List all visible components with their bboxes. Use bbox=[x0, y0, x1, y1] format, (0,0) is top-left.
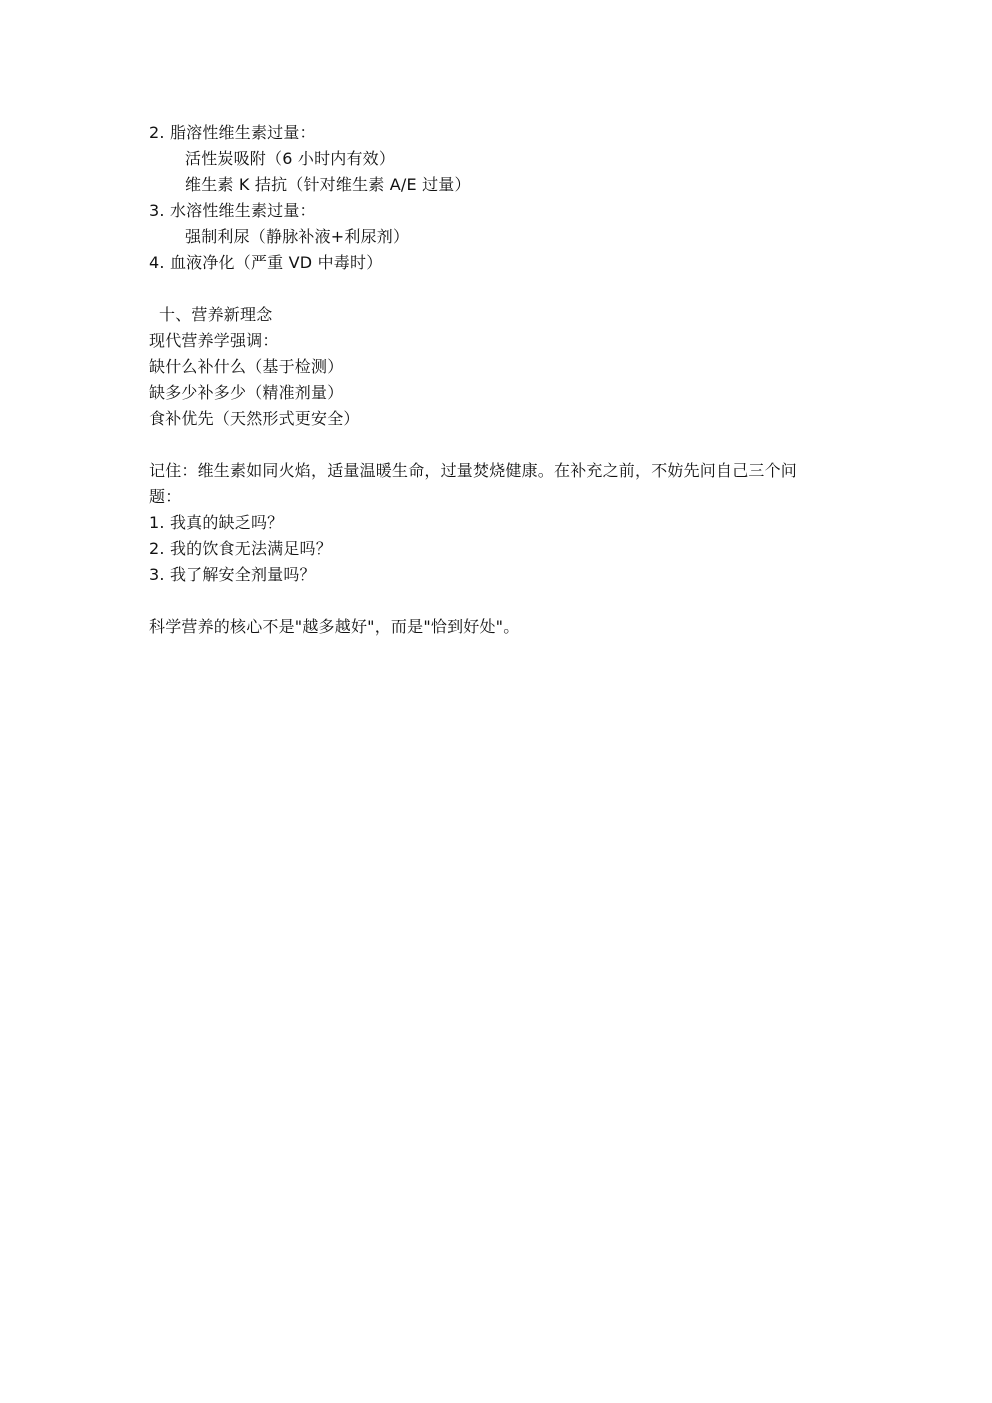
reminder-paragraph-cont: 题： bbox=[149, 484, 181, 510]
section-intro: 现代营养学强调： bbox=[149, 328, 279, 354]
reminder-paragraph: 记住：维生素如同火焰，适量温暖生命，过量焚烧健康。在补充之前，不妨先问自己三个问 bbox=[149, 458, 797, 484]
list-item-blood-purification: 4. 血液净化（严重 VD 中毒时） bbox=[149, 250, 382, 276]
document-page: 2. 脂溶性维生素过量： 活性炭吸附（6 小时内有效） 维生素 K 拮抗（针对维… bbox=[0, 0, 992, 1403]
question-item: 1. 我真的缺乏吗？ bbox=[149, 510, 283, 536]
principle-item: 食补优先（天然形式更安全） bbox=[149, 406, 360, 432]
list-item-fat-soluble: 2. 脂溶性维生素过量： bbox=[149, 120, 316, 146]
sub-item-forced-diuresis: 强制利尿（静脉补液+利尿剂） bbox=[185, 224, 409, 250]
question-item: 2. 我的饮食无法满足吗？ bbox=[149, 536, 332, 562]
question-item: 3. 我了解安全剂量吗？ bbox=[149, 562, 316, 588]
sub-item-vitamin-k: 维生素 K 拮抗（针对维生素 A/E 过量） bbox=[185, 172, 471, 198]
section-title: 十、营养新理念 bbox=[159, 302, 272, 328]
principle-item: 缺多少补多少（精准剂量） bbox=[149, 380, 343, 406]
conclusion-text: 科学营养的核心不是"越多越好"，而是"恰到好处"。 bbox=[149, 614, 519, 640]
principle-item: 缺什么补什么（基于检测） bbox=[149, 354, 343, 380]
list-item-water-soluble: 3. 水溶性维生素过量： bbox=[149, 198, 316, 224]
sub-item-activated-charcoal: 活性炭吸附（6 小时内有效） bbox=[185, 146, 395, 172]
